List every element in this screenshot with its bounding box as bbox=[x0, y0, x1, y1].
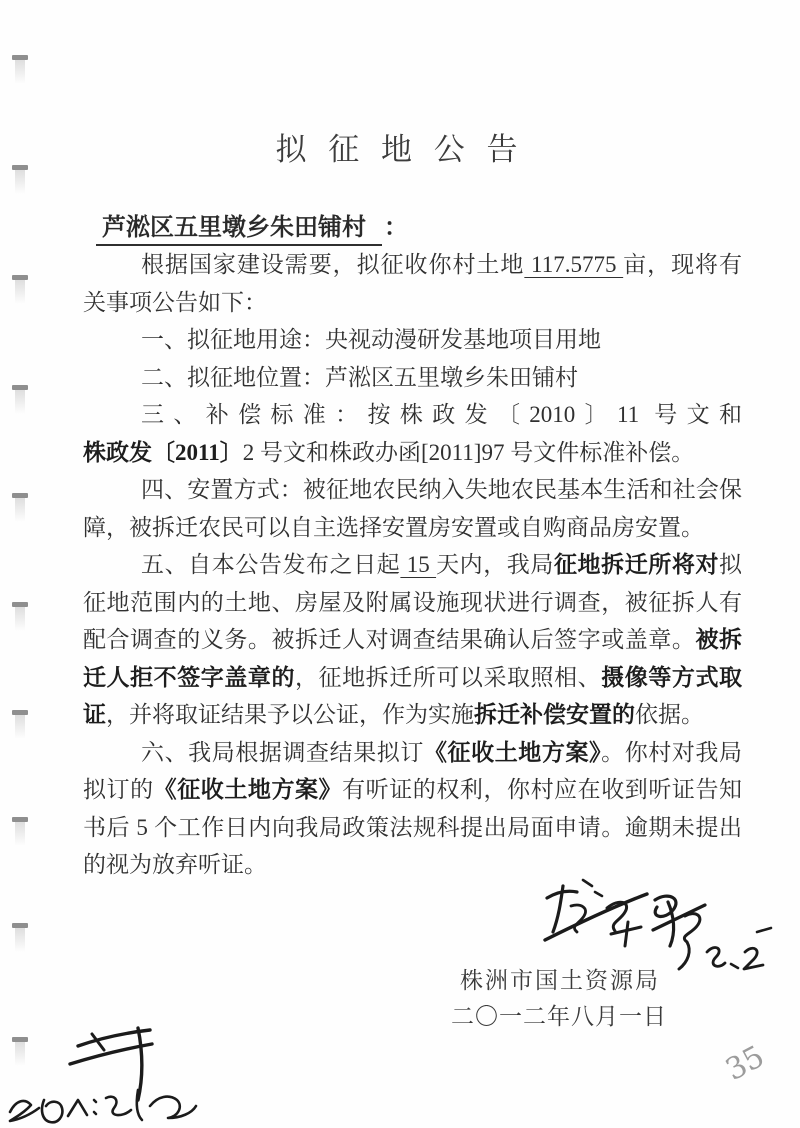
text-run: 株政发〔2011〕 bbox=[83, 440, 243, 465]
text-run: 15 bbox=[400, 552, 436, 577]
text-run: 一、拟征地用途：央视动漫研发基地项目用地 bbox=[141, 327, 601, 352]
issue-date: 二〇一二年八月一日 bbox=[451, 998, 667, 1031]
visitor-signature-handwriting bbox=[2, 1080, 202, 1124]
binding-mark bbox=[12, 923, 28, 928]
binding-mark bbox=[12, 385, 28, 390]
binding-mark bbox=[12, 817, 28, 822]
text-run: 天内，我局 bbox=[436, 552, 554, 577]
paragraph: 三、补偿标准：按株政发〔2010〕11 号文和株政发〔2011〕2 号文和株政办… bbox=[83, 396, 742, 471]
text-run: 三、补偿标准：按株政发〔2010〕11 号文和 bbox=[141, 402, 742, 427]
document-title: 拟 征 地 公 告 bbox=[0, 124, 800, 169]
binding-mark bbox=[12, 710, 28, 715]
scanned-document-page: 拟 征 地 公 告 芦淞区五里墩乡朱田铺村： 根据国家建设需要，拟征收你村土地 … bbox=[0, 0, 800, 1128]
text-run: 根据国家建设需要，拟征收你村土地 bbox=[141, 252, 524, 277]
binding-mark bbox=[12, 275, 28, 280]
addressee-line: 芦淞区五里墩乡朱田铺村： bbox=[96, 207, 408, 242]
text-run: 《征收土地方案》 bbox=[424, 740, 601, 765]
paragraph: 五、自本公告发布之日起 15 天内，我局征地拆迁所将对拟征地范围内的土地、房屋及… bbox=[83, 546, 742, 734]
text-run: 四、安置方式：被征地农民纳入失地农民基本生活和社会保障，被拆迁农民可以自主选择安… bbox=[83, 477, 742, 540]
document-body: 根据国家建设需要，拟征收你村土地 117.5775 亩，现将有关事项公告如下：一… bbox=[83, 246, 742, 884]
addressee-name: 芦淞区五里墩乡朱田铺村 bbox=[96, 215, 382, 246]
handwritten-page-number: 35 bbox=[720, 1039, 770, 1088]
paragraph: 四、安置方式：被征地农民纳入失地农民基本生活和社会保障，被拆迁农民可以自主选择安… bbox=[83, 471, 742, 546]
text-run: 117.5775 bbox=[524, 252, 623, 277]
text-run: ，征地拆迁所可以采取照相、 bbox=[295, 665, 601, 690]
text-run: ，并将取证结果予以公证，作为实施 bbox=[106, 702, 474, 727]
text-run: 五、自本公告发布之日起 bbox=[141, 552, 400, 577]
paragraph: 根据国家建设需要，拟征收你村土地 117.5775 亩，现将有关事项公告如下： bbox=[83, 246, 742, 321]
binding-mark bbox=[12, 493, 28, 498]
text-run: 拆迁补偿安置的 bbox=[474, 702, 635, 727]
issuing-authority: 株洲市国土资源局 bbox=[460, 962, 660, 995]
paragraph: 二、拟征地位置：芦淞区五里墩乡朱田铺村 bbox=[83, 359, 742, 397]
paragraph: 一、拟征地用途：央视动漫研发基地项目用地 bbox=[83, 321, 742, 359]
text-run: 《征收土地方案》 bbox=[154, 777, 342, 802]
binding-mark bbox=[12, 55, 28, 60]
text-run: 2 号文和株政办函[2011]97 号文件标准补偿。 bbox=[243, 440, 694, 465]
text-run: 征地拆迁所将对 bbox=[554, 552, 719, 577]
paragraph: 六、我局根据调查结果拟订《征收土地方案》。你村对我局拟订的《征收土地方案》有听证… bbox=[83, 734, 742, 884]
binding-mark bbox=[12, 1037, 28, 1042]
text-run: 六、我局根据调查结果拟订 bbox=[141, 740, 424, 765]
text-run: 二、拟征地位置：芦淞区五里墩乡朱田铺村 bbox=[141, 365, 578, 390]
text-run: 依据。 bbox=[635, 702, 704, 727]
binding-mark bbox=[12, 602, 28, 607]
addressee-colon: ： bbox=[384, 215, 408, 241]
